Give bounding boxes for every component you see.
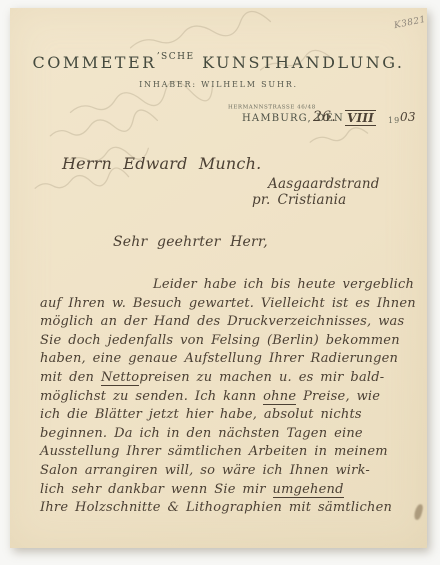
letter-line: haben, eine genaue Aufstellung Ihrer Rad…	[40, 350, 410, 369]
salutation: Sehr geehrter Herr,	[113, 234, 268, 250]
letter-text: haben, eine genaue Aufstellung Ihrer Rad…	[40, 351, 398, 366]
letter-body: Leider habe ich bis heute vergeblichauf …	[40, 276, 410, 518]
recipient-place-line2: pr. Cristiania	[252, 192, 346, 208]
letter-text: auf Ihren w. Besuch gewartet. Vielleicht…	[40, 296, 416, 311]
letter-text: Ausstellung Ihrer sämtlichen Arbeiten in…	[40, 444, 388, 459]
letter-line: Leider habe ich bis heute vergeblich	[40, 276, 410, 295]
letter-text: Leider habe ich bis heute vergeblich	[153, 277, 414, 292]
letter-line: Salon arrangiren will, so wäre ich Ihnen…	[40, 462, 410, 481]
letter-text: beginnen. Da ich in den nächsten Tagen e…	[40, 426, 363, 441]
letter-text: Salon arrangiren will, so wäre ich Ihnen…	[40, 463, 370, 478]
letter-text: möglich an der Hand des Druckverzeichnis…	[40, 314, 404, 329]
company-name-main: COMMETER	[32, 53, 156, 72]
letter-text: mit den	[40, 370, 101, 385]
scanned-letter-screen: K3821 COMMETER’SCHE KUNSTHANDLUNG. INHAB…	[0, 0, 440, 565]
letter-line: möglichst zu senden. Ich kann ohne Preis…	[40, 388, 410, 407]
letterhead-company-name: COMMETER’SCHE KUNSTHANDLUNG.	[10, 52, 427, 72]
letter-text: Sie doch jedenfalls von Felsing (Berlin)…	[40, 333, 400, 348]
letterhead-proprietor: INHABER: WILHELM SUHR.	[10, 80, 427, 89]
recipient-name: Herrn Edward Munch.	[62, 154, 261, 173]
ink-smudge	[413, 503, 424, 520]
letter-line: auf Ihren w. Besuch gewartet. Vielleicht…	[40, 295, 410, 314]
handwritten-month-roman: VIII	[345, 110, 376, 126]
letter-text: Ihre Holzschnitte & Lithographien mit sä…	[40, 500, 392, 515]
letter-paper: K3821 COMMETER’SCHE KUNSTHANDLUNG. INHAB…	[10, 8, 427, 548]
pencil-archive-number: K3821	[393, 15, 427, 31]
letterhead-street: HERMANNSTRASSE 46/48	[228, 104, 316, 110]
recipient-place-line1: Aasgaardstrand	[268, 176, 380, 192]
handwritten-day: 26.	[313, 109, 336, 125]
underlined-word: Netto	[101, 370, 139, 386]
underlined-word: ohne	[263, 389, 296, 405]
letter-line: Sie doch jedenfalls von Felsing (Berlin)…	[40, 332, 410, 351]
letter-line: möglich an der Hand des Druckverzeichnis…	[40, 313, 410, 332]
letter-line: beginnen. Da ich in den nächsten Tagen e…	[40, 425, 410, 444]
company-name-suffix: ’SCHE	[157, 52, 195, 62]
letter-line: lich sehr dankbar wenn Sie mir umgehend	[40, 481, 410, 500]
letter-text: Preise, wie	[296, 389, 380, 404]
letter-text: möglichst zu senden. Ich kann	[40, 389, 263, 404]
letter-line: mit den Nettopreisen zu machen u. es mir…	[40, 369, 410, 388]
letter-text: preisen zu machen u. es mir bald-	[139, 370, 384, 385]
underlined-word: umgehend	[273, 482, 344, 498]
letter-line: ich die Blätter jetzt hier habe, absolut…	[40, 406, 410, 425]
letter-text: ich die Blätter jetzt hier habe, absolut…	[40, 407, 362, 422]
printed-year-prefix: 19	[388, 116, 400, 125]
company-name-rest: KUNSTHANDLUNG.	[202, 53, 404, 72]
letter-line: Ausstellung Ihrer sämtlichen Arbeiten in…	[40, 443, 410, 462]
handwritten-year: 03	[400, 110, 416, 124]
letter-text: lich sehr dankbar wenn Sie mir	[40, 482, 273, 497]
letter-line: Ihre Holzschnitte & Lithographien mit sä…	[40, 499, 410, 518]
